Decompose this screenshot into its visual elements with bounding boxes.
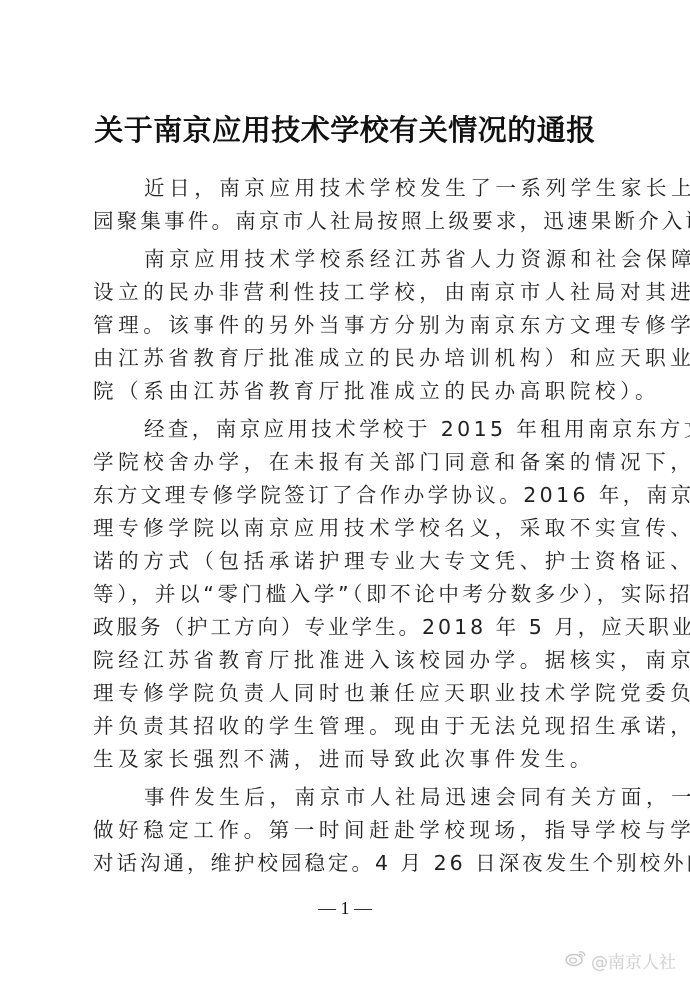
text-line: 经查，南京应用技术学校于 2015 年租用南京东方文理专修	[93, 413, 609, 446]
text-line: 南京应用技术学校系经江苏省人力资源和社会保障厅批准	[93, 243, 609, 276]
text-line: 政服务（护工方向）专业学生。2018 年 5 月，应天职业技术学	[93, 611, 609, 644]
text-line: 学院校舍办学，在未报有关部门同意和备案的情况下，与南京	[93, 446, 609, 479]
paragraph: 近日，南京应用技术学校发生了一系列学生家长上访、校 园聚集事件。南京市人社局按照…	[93, 172, 609, 238]
text-line: 对话沟通，维护校园稳定。4 月 26 日深夜发生个别校外闲散人	[93, 847, 609, 880]
paragraph: 南京应用技术学校系经江苏省人力资源和社会保障厅批准 设立的民办非营利性技工学校，…	[93, 243, 609, 408]
text-line: 诺的方式（包括承诺护理专业大专文凭、护士资格证、包分配	[93, 545, 609, 578]
text-line: 设立的民办非营利性技工学校，由南京市人社局对其进行行业	[93, 276, 609, 309]
text-line: 并负责其招收的学生管理。现由于无法兑现招生承诺，引发学	[93, 710, 609, 743]
text-line: 做好稳定工作。第一时间赶赴学校现场，指导学校与学生家长	[93, 814, 609, 847]
text-line: 管理。该事件的另外当事方分别为南京东方文理专修学院（系	[93, 309, 609, 342]
paragraph: 经查，南京应用技术学校于 2015 年租用南京东方文理专修 学院校舍办学，在未报…	[93, 413, 609, 776]
text-line: 理专修学院以南京应用技术学校名义，采取不实宣传、随意承	[93, 512, 609, 545]
page-number: — 1 —	[0, 898, 690, 919]
text-line: 理专修学院负责人同时也兼任应天职业技术学院党委负责人，	[93, 677, 609, 710]
text-line: 院（系由江苏省教育厅批准成立的民办高职院校）。	[93, 375, 609, 408]
watermark-text: @南京人社	[591, 948, 676, 973]
text-line: 园聚集事件。南京市人社局按照上级要求，迅速果断介入调查。	[93, 205, 609, 238]
text-line: 等），并以“零门槛入学”（即不论中考分数多少），实际招收家	[93, 578, 609, 611]
paragraph: 事件发生后，南京市人社局迅速会同有关方面，一是切实 做好稳定工作。第一时间赶赴学…	[93, 781, 609, 880]
text-line: 院经江苏省教育厅批准进入该校园办学。据核实，南京东方文	[93, 644, 609, 677]
text-line: 东方文理专修学院签订了合作办学协议。2016 年，南京东方文	[93, 479, 609, 512]
weibo-icon	[565, 949, 587, 972]
text-line: 生及家长强烈不满，进而导致此次事件发生。	[93, 743, 609, 776]
document-title: 关于南京应用技术学校有关情况的通报	[0, 108, 690, 149]
text-line: 近日，南京应用技术学校发生了一系列学生家长上访、校	[93, 172, 609, 205]
watermark: @南京人社	[565, 948, 676, 973]
text-line: 由江苏省教育厅批准成立的民办培训机构）和应天职业技术学	[93, 342, 609, 375]
document-body: 近日，南京应用技术学校发生了一系列学生家长上访、校 园聚集事件。南京市人社局按照…	[93, 172, 609, 880]
text-line: 事件发生后，南京市人社局迅速会同有关方面，一是切实	[93, 781, 609, 814]
